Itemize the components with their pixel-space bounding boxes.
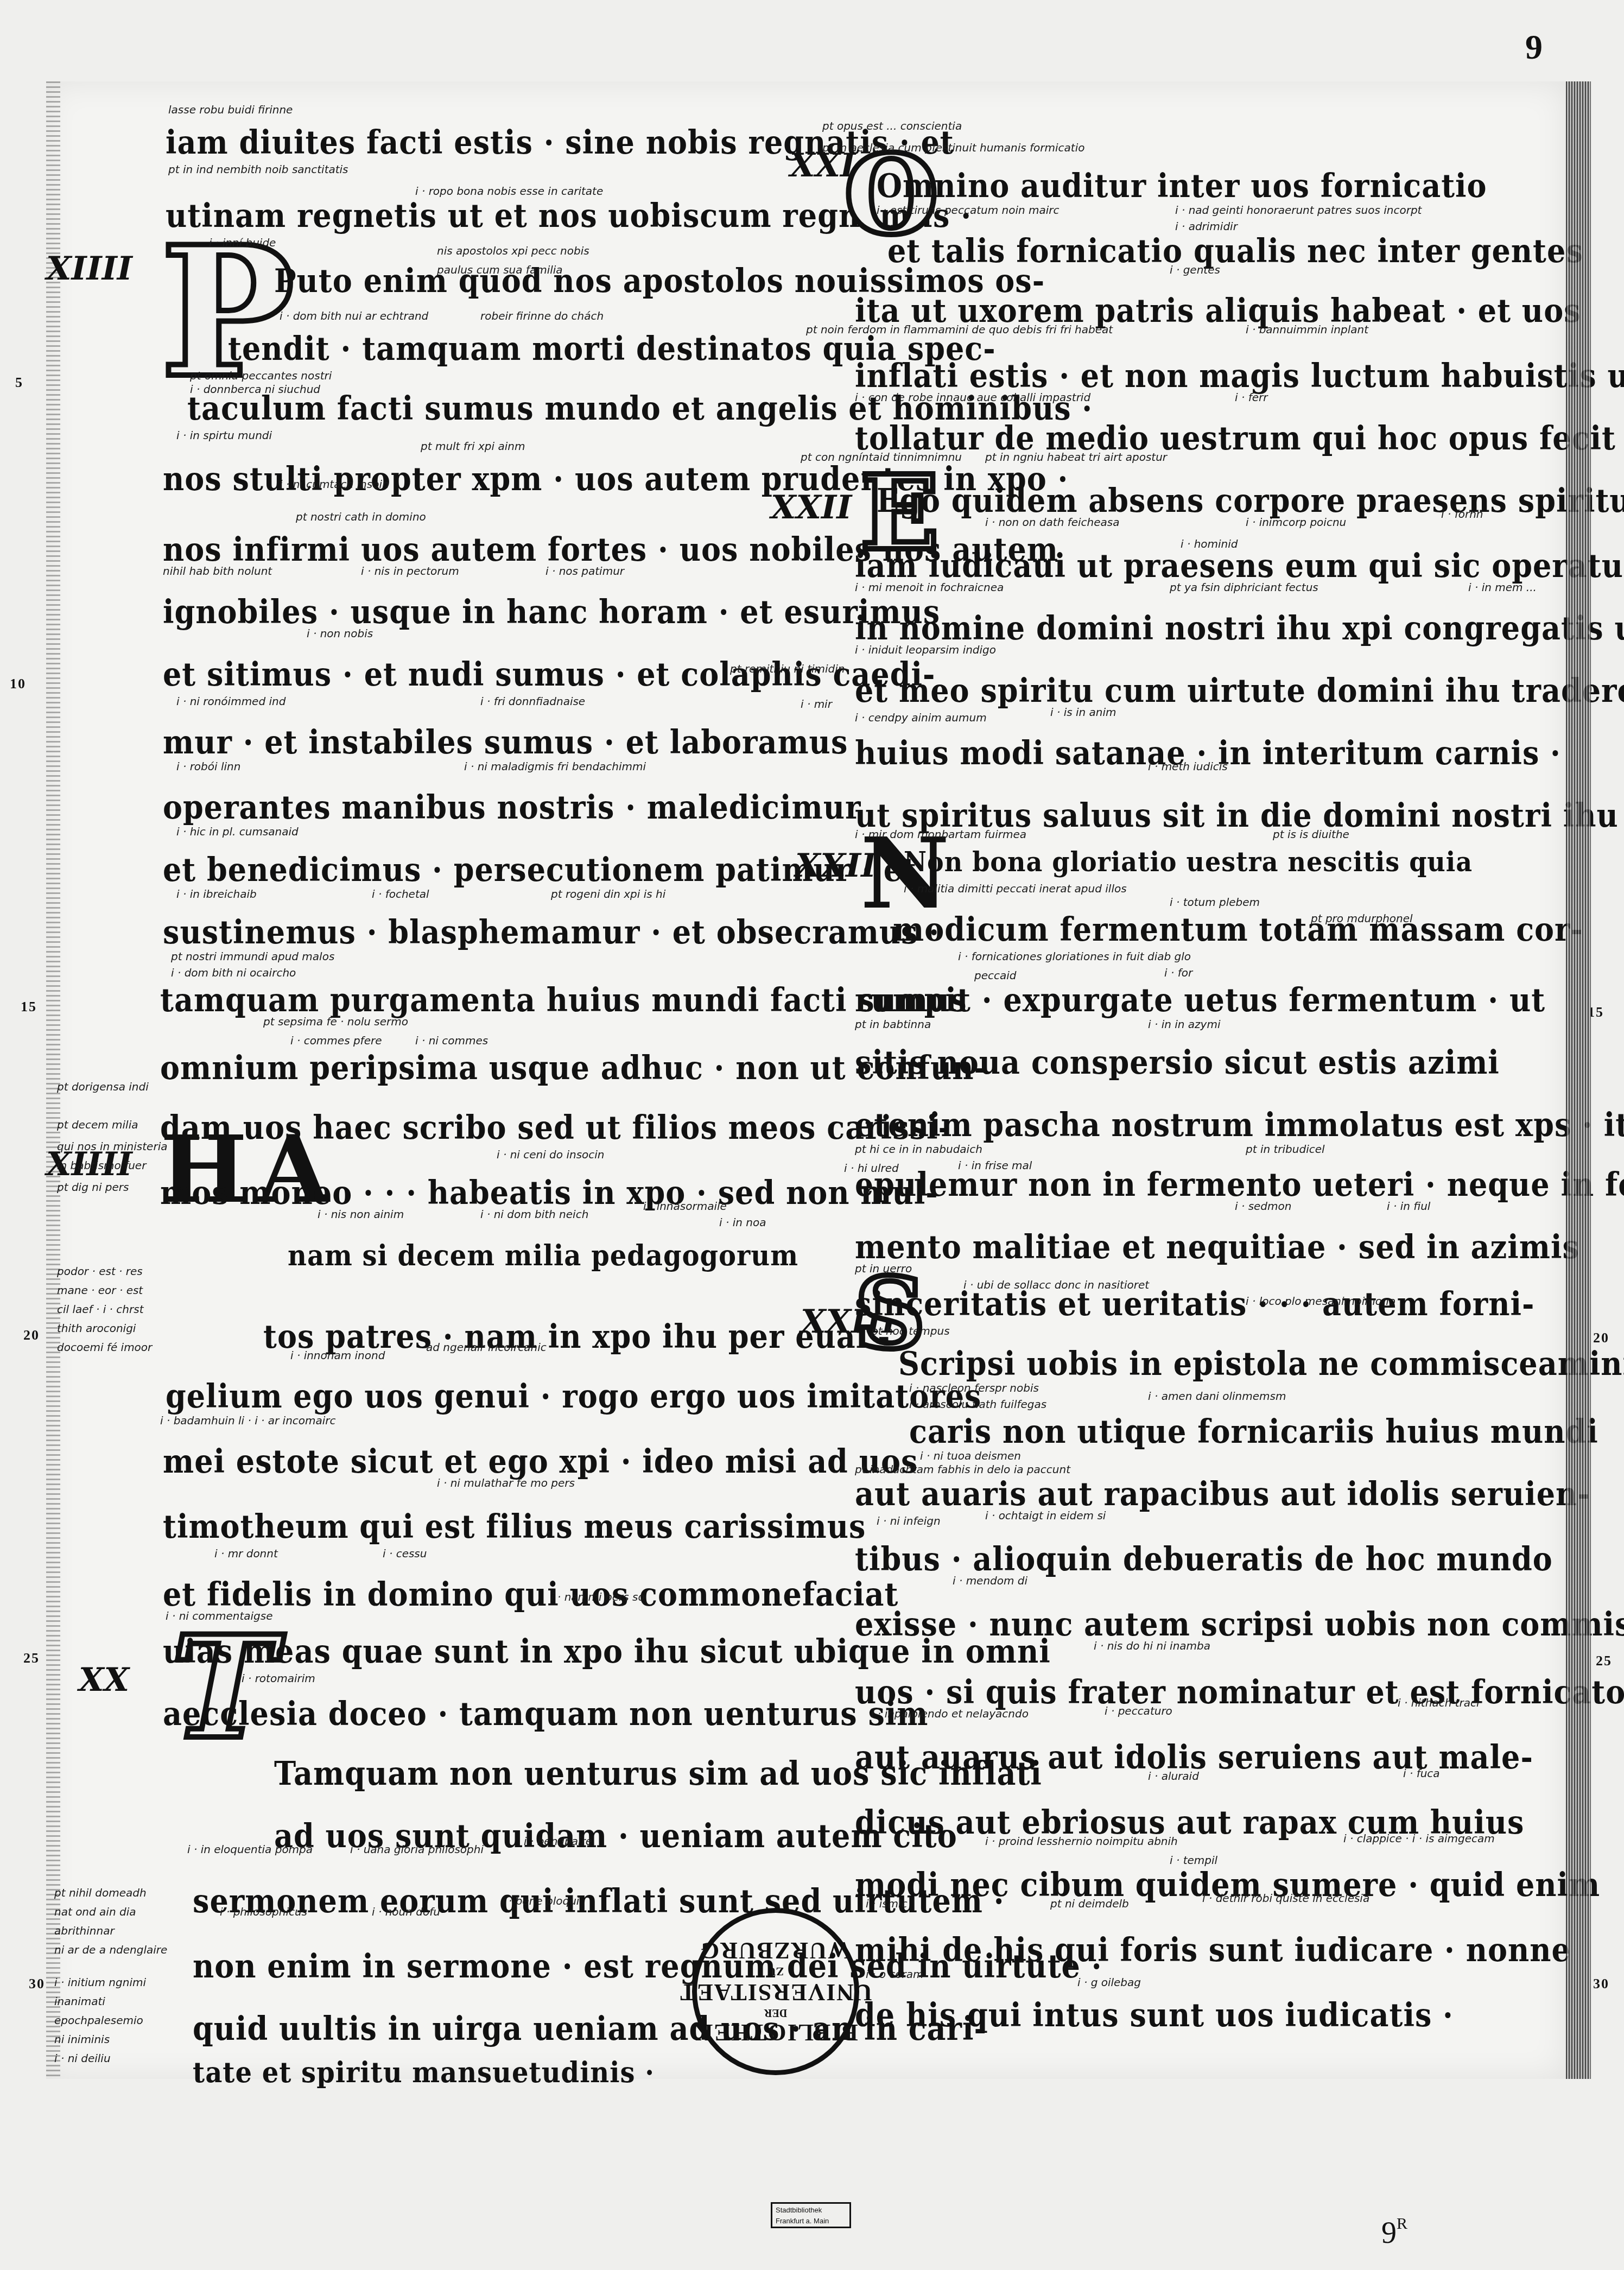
- interlinear-gloss: i · is in anim: [1050, 706, 1116, 719]
- interlinear-gloss: i · fornicationes gloriationes in fuit d…: [958, 950, 1191, 963]
- manuscript-line: Non bona gloriatio uestra nescitis quia: [904, 845, 1473, 877]
- manuscript-leaf: XIIII P XIIII H A XX T iam diuites facti…: [46, 81, 1591, 2079]
- interlinear-gloss: i · fri donnfiadnaise: [480, 695, 585, 708]
- line-number: 15: [21, 999, 37, 1015]
- library-stamp: BIBLIOTHEK DER UNIVERSITAET ZU WURZBURG: [692, 1908, 859, 2075]
- interlinear-gloss: pt inadachtam fabhis in delo ia paccunt: [855, 1463, 1070, 1476]
- interlinear-gloss: i · mr donnt: [214, 1547, 278, 1560]
- interlinear-gloss: i · bannuimmin inplant: [1246, 323, 1368, 336]
- interlinear-gloss: i · gentes: [1170, 263, 1220, 276]
- interlinear-gloss: pt sepsima fe · nolu sermo: [263, 1015, 408, 1028]
- line-number: 20: [23, 1327, 40, 1343]
- manuscript-line: sitis noua conspersio sicut estis azimi: [855, 1043, 1500, 1081]
- manuscript-line: mur · et instabiles sumus · et laboramus: [163, 723, 848, 761]
- rect-stamp: Stadtbibliothek Frankfurt a. Main: [771, 2202, 851, 2228]
- interlinear-gloss: lasse robu buidi firinne: [168, 103, 293, 116]
- manuscript-line: tate et spiritu mansuetudinis ·: [193, 2056, 655, 2089]
- interlinear-gloss: i · ni ceni do insocin: [497, 1148, 605, 1161]
- interlinear-gloss: pt dig ni pers: [57, 1181, 129, 1194]
- interlinear-gloss: i · nan mi pers so: [551, 1590, 645, 1603]
- interlinear-gloss: i · nos patimur: [545, 565, 624, 578]
- interlinear-gloss: i · hominid: [1181, 537, 1238, 550]
- interlinear-gloss: i · fochetal: [372, 887, 429, 901]
- interlinear-gloss: ni iniminis: [54, 2033, 110, 2046]
- interlinear-gloss: i · ni ronóimmed ind: [176, 695, 286, 708]
- interlinear-gloss: i · ni commentaigse: [166, 1609, 272, 1622]
- manuscript-line: de his qui intus sunt uos iudicatis ·: [855, 1996, 1454, 2034]
- interlinear-gloss: pt nihil domeadh: [54, 1886, 147, 1899]
- manuscript-line: ignobiles · usque in hanc horam · et esu…: [163, 593, 940, 631]
- interlinear-gloss: i · o coram: [866, 1968, 923, 1981]
- interlinear-gloss: pt rogeni din xpi is hi: [551, 887, 665, 901]
- manuscript-line: Scripsi uobis in epistola ne commisceami…: [898, 1345, 1624, 1383]
- manuscript-line: sinceritatis et ueritatis · · · autem fo…: [855, 1285, 1534, 1323]
- interlinear-gloss: i · g oilebag: [1077, 1976, 1141, 1989]
- line-number: 5: [15, 375, 23, 391]
- manuscript-line: mihi de his qui foris sunt iudicare · no…: [855, 1931, 1571, 1969]
- interlinear-gloss: i · non nobis: [307, 627, 373, 640]
- interlinear-gloss: i · mir dom monbartam fuirmea: [855, 828, 1026, 841]
- interlinear-gloss: i · uana gloria philosophi: [350, 1843, 484, 1856]
- interlinear-gloss: qui nos in ministeria: [57, 1140, 167, 1153]
- interlinear-gloss: i · ni cumtach insoin: [280, 478, 389, 491]
- interlinear-gloss: i · cendpy ainim aumum: [855, 711, 987, 724]
- interlinear-gloss: i · ni mulathar fe mo pers: [437, 1476, 575, 1489]
- interlinear-gloss: i · sedmon: [1235, 1200, 1291, 1213]
- interlinear-gloss: i · hi ulred: [844, 1162, 899, 1175]
- interlinear-gloss: pt in ngniu habeat tri airt apostur: [985, 451, 1167, 464]
- manuscript-line: iam iudicaui ut praesens eum qui sic ope…: [855, 547, 1624, 585]
- interlinear-gloss: i · ni maladigmis fri bendachimmi: [464, 760, 646, 773]
- interlinear-gloss: i · robói linn: [176, 760, 240, 773]
- interlinear-gloss: i · inpaipiendo et nelayacndo: [871, 1707, 1029, 1720]
- chapter-mark: XIIII: [46, 250, 132, 288]
- interlinear-gloss: i · mir: [801, 698, 832, 711]
- interlinear-gloss: pt in babtinna: [855, 1018, 931, 1031]
- manuscript-line: caris non utique fornicariis huius mundi: [909, 1412, 1598, 1450]
- interlinear-gloss: pt hi ce in in nabudaich: [855, 1143, 982, 1156]
- interlinear-gloss: i · ni commes: [415, 1034, 488, 1047]
- interlinear-gloss: i · inimcorp poicnu: [1246, 516, 1346, 529]
- interlinear-gloss: docoemi fé imoor: [57, 1341, 152, 1354]
- interlinear-gloss: pt con ngníntaid tinnimnimnu: [801, 451, 962, 464]
- manuscript-line: tollatur de medio uestrum qui hoc opus f…: [855, 419, 1616, 457]
- interlinear-gloss: i · initium ngnimi: [54, 1976, 146, 1989]
- interlinear-gloss: pt noin ferdom in flammamini de quo debi…: [806, 323, 1113, 336]
- manuscript-line: mento malitiae et nequitiae · sed in azi…: [855, 1228, 1579, 1266]
- interlinear-gloss: i · bene ploqui: [502, 1894, 579, 1907]
- interlinear-gloss: i · nis in pectorum: [361, 565, 459, 578]
- interlinear-gloss: robeir firinne do chách: [480, 309, 604, 322]
- interlinear-gloss: i · dom bith nui ar echtrand: [280, 309, 428, 322]
- interlinear-gloss: i · in eloquentia pompa: [187, 1843, 313, 1856]
- interlinear-gloss: i · philosophicus: [220, 1905, 307, 1918]
- manuscript-line: et fidelis in domino qui uos commonefaci…: [163, 1575, 898, 1613]
- interlinear-gloss: i · in fiul: [1387, 1200, 1430, 1213]
- manuscript-line: tibus · alioquin debueratis de hoc mundo: [855, 1540, 1553, 1578]
- interlinear-gloss: i · nis do hi ni inamba: [1094, 1639, 1210, 1652]
- interlinear-gloss: pt hoc tempus: [871, 1324, 950, 1337]
- manuscript-line: nam si decem milia pedagogorum: [288, 1239, 798, 1272]
- interlinear-gloss: i · hithach tracl: [1398, 1696, 1480, 1709]
- manuscript-line: etenim pascha nostrum immolatus est xps …: [855, 1106, 1624, 1144]
- manuscript-line: aecclesia doceo · tamquam non uenturus s…: [163, 1695, 929, 1733]
- interlinear-gloss: inanimati: [54, 1995, 105, 2008]
- interlinear-gloss: i · fuca: [1403, 1767, 1440, 1780]
- interlinear-gloss: i · non on dath feicheasa: [985, 516, 1119, 529]
- interlinear-gloss: pt omnia peccantes nostri: [190, 369, 332, 382]
- interlinear-gloss: i · ropo bona nobis esse in caritate: [415, 185, 603, 198]
- manuscript-line: inflati estis · et non magis luctum habu…: [855, 357, 1624, 395]
- interlinear-gloss: nat ond ain dia: [54, 1905, 136, 1918]
- interlinear-gloss: peccaid: [974, 969, 1017, 982]
- manuscript-line: operantes manibus nostris · maledicimur: [163, 788, 861, 826]
- interlinear-gloss: abrithinnar: [54, 1924, 115, 1937]
- interlinear-gloss: i · con de robe innaue aue coballi impas…: [855, 391, 1090, 404]
- interlinear-gloss: i · rotomairim: [242, 1672, 315, 1685]
- interlinear-gloss: i · mendom di: [953, 1574, 1027, 1587]
- interlinear-gloss: i · donnberca ni siuchud: [190, 383, 320, 396]
- interlinear-gloss: i · inní buide: [209, 236, 276, 249]
- interlinear-gloss: i · peccaturo: [1105, 1704, 1172, 1717]
- manuscript-line: modicum fermentum totam massam cor-: [893, 910, 1583, 948]
- interlinear-gloss: pt pro mdurphonel: [1311, 912, 1413, 925]
- manuscript-line: aut auaris aut rapacibus aut idolis seru…: [855, 1475, 1590, 1513]
- interlinear-gloss: pt opus est ... conscientia: [822, 119, 962, 132]
- interlinear-gloss: pt dorigensa indi: [57, 1080, 149, 1093]
- interlinear-gloss: pt mult fri xpi ainm: [421, 440, 525, 453]
- interlinear-gloss: i · ubi de sollacc donc in nasitioret: [963, 1278, 1149, 1291]
- manuscript-line: in nomine domini nostri ihu xpi congrega…: [855, 609, 1624, 647]
- interlinear-gloss: i · hic in pl. cumsanaid: [176, 825, 299, 838]
- manuscript-line: uos · si quis frater nominatur et est fo…: [855, 1673, 1624, 1711]
- interlinear-gloss: pt ni deimdelb: [1050, 1897, 1129, 1910]
- interlinear-gloss: i · meth iudicis: [1148, 760, 1228, 773]
- interlinear-gloss: pt in tribudicel: [1246, 1143, 1325, 1156]
- interlinear-gloss: i · in in azymi: [1148, 1018, 1220, 1031]
- interlinear-gloss: i · badamhuin li · i · ar incomairc: [160, 1414, 336, 1427]
- page-number: 9: [1525, 27, 1543, 67]
- interlinear-gloss: pt nostri immundi apud malos: [171, 950, 334, 963]
- interlinear-gloss: i · est tiruas peccatum noin mairc: [877, 204, 1060, 217]
- interlinear-gloss: pt decem milia: [57, 1118, 138, 1131]
- interlinear-gloss: i · ni dom bith neich: [480, 1208, 588, 1221]
- line-number: 30: [29, 1976, 45, 1992]
- interlinear-gloss: i · aluraid: [1148, 1770, 1199, 1783]
- interlinear-gloss: i · in spirtu mundi: [176, 429, 272, 442]
- interlinear-gloss: i · fornn: [1441, 508, 1483, 521]
- manuscript-line: mos moneo · · · habeatis in xpo · sed no…: [160, 1174, 938, 1212]
- interlinear-gloss: i · for: [1164, 966, 1192, 979]
- interlinear-gloss: in babtismo fuer: [57, 1159, 146, 1172]
- interlinear-gloss: pt ya fsin diphriciant fectus: [1170, 581, 1318, 594]
- manuscript-line: exisse · nunc autem scripsi uobis non co…: [855, 1605, 1624, 1643]
- manuscript-line: Ego quidem absens corpore praesens spiri…: [877, 481, 1624, 519]
- interlinear-gloss: i · ni tuoa deismen: [920, 1449, 1021, 1462]
- interlinear-gloss: i · innasormaile: [643, 1200, 727, 1213]
- interlinear-gloss: i · in mem ...: [1468, 581, 1537, 594]
- manuscript-line: tamquam purgamenta huius mundi facti sum…: [160, 981, 967, 1019]
- interlinear-gloss: i · aroscolu flath fuilfegas: [909, 1398, 1046, 1411]
- interlinear-gloss: epochpalesemio: [54, 2014, 143, 2027]
- interlinear-gloss: i · bendpaire: [524, 1835, 592, 1848]
- interlinear-gloss: i · dom bith ni ocaircho: [171, 966, 296, 979]
- interlinear-gloss: i · nascleon ferspr nobis: [909, 1381, 1039, 1394]
- manuscript-line: dam uos haec scribo sed ut filios meos c…: [160, 1108, 951, 1146]
- interlinear-gloss: ni ar de a ndenglaire: [54, 1943, 167, 1956]
- interlinear-gloss: podor · est · res: [57, 1265, 143, 1278]
- interlinear-gloss: pt in uerro: [855, 1262, 912, 1275]
- interlinear-gloss: i · loco plo mesanimpimono: [1246, 1295, 1395, 1308]
- manuscript-line: mei estote sicut et ego xpi · ideo misi …: [163, 1442, 918, 1480]
- folio-label: 9R: [1381, 2215, 1407, 2250]
- manuscript-line: Omnino auditur inter uos fornicatio: [877, 167, 1487, 205]
- line-number: 20: [1593, 1330, 1609, 1346]
- interlinear-gloss: i · innonam inond: [290, 1349, 385, 1362]
- line-number: 25: [23, 1650, 40, 1666]
- interlinear-gloss: i · in frise mal: [958, 1159, 1032, 1172]
- manuscript-line: et meo spiritu cum uirtute domini ihu tr…: [855, 671, 1624, 709]
- line-number: 25: [1596, 1653, 1612, 1669]
- interlinear-gloss: i · commes pfere: [290, 1034, 382, 1047]
- manuscript-line: gelium ego uos genui · rogo ergo uos imi…: [166, 1377, 981, 1415]
- interlinear-gloss: pt in ind nembith noib sanctitatis: [168, 163, 348, 176]
- interlinear-gloss: i · mi menoit in fochraicnea: [855, 581, 1004, 594]
- interlinear-gloss: ad ngenair incoircanic: [426, 1341, 547, 1354]
- interlinear-gloss: i · ochtaigt in eidem si: [985, 1509, 1106, 1522]
- interlinear-gloss: thith aroconigi: [57, 1322, 136, 1335]
- manuscript-line: rumpit · expurgate uetus fermentum · ut: [855, 981, 1545, 1019]
- manuscript-line: et talis fornicatio qualis nec inter gen…: [887, 232, 1583, 270]
- interlinear-gloss: i · tempil: [1170, 1854, 1217, 1867]
- interlinear-gloss: i · clappice · i · is aimgecam: [1343, 1832, 1495, 1845]
- interlinear-gloss: i · iniduit leoparsim indigo: [855, 643, 996, 656]
- interlinear-gloss: i · in ibreichaib: [176, 887, 257, 901]
- interlinear-gloss: i · nad geinti honoraerunt patres suos i…: [1175, 204, 1422, 217]
- interlinear-gloss: i · ismic: [866, 1897, 908, 1910]
- interlinear-gloss: pt remithiu ni timidin: [730, 662, 845, 675]
- interlinear-gloss: nis apostolos xpi pecc nobis: [437, 244, 589, 257]
- interlinear-gloss: i · totum plebem: [1170, 896, 1260, 909]
- interlinear-gloss: i · nis non ainim: [318, 1208, 404, 1221]
- interlinear-gloss: i · ferr: [1235, 391, 1267, 404]
- manuscript-line: sustinemus · blasphemamur · et obsecramu…: [163, 913, 940, 951]
- chapter-mark: XX: [79, 1661, 129, 1699]
- interlinear-gloss: i · adrimidir: [1175, 220, 1238, 233]
- interlinear-gloss: pt is is diuithe: [1273, 828, 1349, 841]
- interlinear-gloss: i · noun dofu: [372, 1905, 440, 1918]
- interlinear-gloss: cil laef · i · chrst: [57, 1303, 143, 1316]
- interlinear-gloss: i · proind lesshernio noimpitu abnih: [985, 1835, 1178, 1848]
- interlinear-gloss: pt in aeclesia cum pfestinuit humanis fo…: [822, 141, 1085, 154]
- interlinear-gloss: i · ni deiliu: [54, 2052, 111, 2065]
- interlinear-gloss: i · in noa: [719, 1216, 766, 1229]
- manuscript-line: timotheum qui est filius meus carissimus: [163, 1507, 866, 1545]
- interlinear-gloss: pt nostri cath in domino: [296, 510, 426, 523]
- interlinear-gloss: i · amen dani olinmemsm: [1148, 1390, 1286, 1403]
- line-number: 30: [1593, 1976, 1609, 1992]
- interlinear-gloss: i · ni infeign: [877, 1514, 941, 1527]
- interlinear-gloss: i · cessu: [383, 1547, 427, 1560]
- interlinear-gloss: mane · eor · est: [57, 1284, 143, 1297]
- line-number: 10: [10, 676, 26, 692]
- interlinear-gloss: nihil hab bith nolunt: [163, 565, 272, 578]
- chapter-mark: XXII: [771, 489, 852, 527]
- interlinear-gloss: i · malitia dimitti peccati inerat apud …: [904, 882, 1127, 895]
- interlinear-gloss: i · dethir robi quiste in ecclesia: [1202, 1892, 1369, 1905]
- interlinear-gloss: paulus cum sua familia: [437, 263, 563, 276]
